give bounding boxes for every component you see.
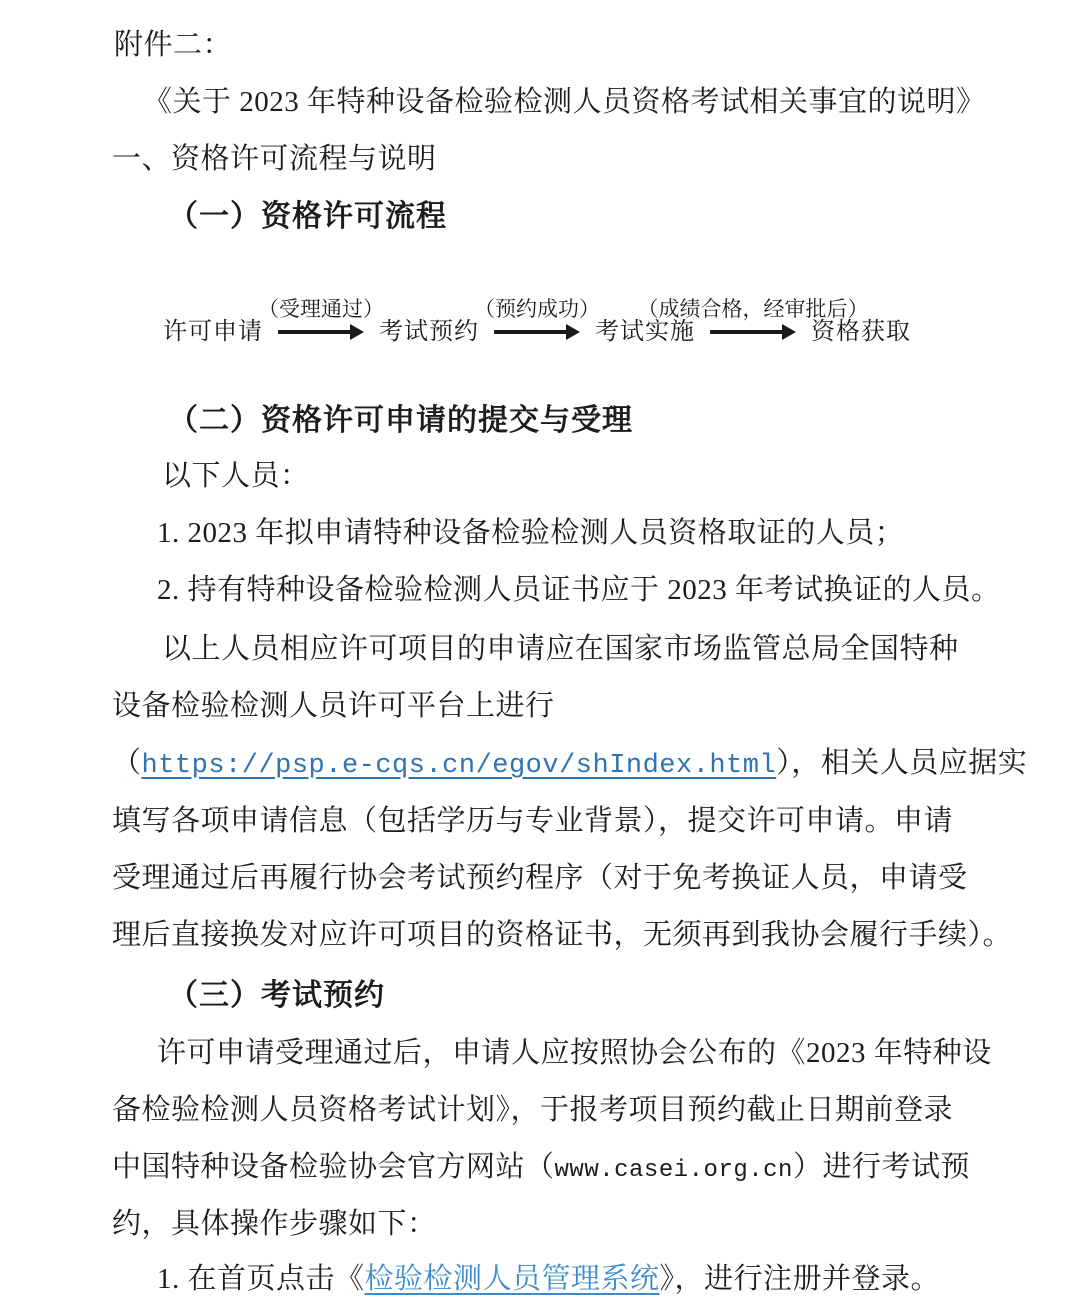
qualification-flow-diagram: 许可申请 （受理通过） 考试预约 （预约成功） 考试实施 （成绩合格，经审批后）…	[163, 320, 911, 344]
flow-arrow-2-label: （预约成功）	[474, 293, 600, 323]
paragraph-line: 约，具体操作步骤如下：	[112, 1209, 437, 1241]
document-page: 附件二： 《关于 2023 年特种设备检验检测人员资格考试相关事宜的说明》 一、…	[0, 0, 1080, 1306]
paragraph-line: 填写各项申请信息（包括学历与专业背景），提交许可申请。申请	[112, 806, 953, 838]
step-1-line: 1. 在首页点击《检验检测人员管理系统》，进行注册并登录。	[157, 1264, 940, 1296]
step-1-prefix: 1. 在首页点击《	[157, 1263, 365, 1295]
flow-node-license-application: 许可申请	[163, 320, 263, 344]
website-address: www.casei.org.cn	[555, 1157, 793, 1184]
psp-platform-link[interactable]: https://psp.e-cqs.cn/egov/shIndex.html	[142, 751, 777, 781]
section-2-intro: 以下人员：	[162, 461, 310, 493]
paragraph-line: 以上人员相应许可项目的申请应在国家市场监管总局全国特种	[162, 634, 959, 666]
list-item-1: 1. 2023 年拟申请特种设备检验检测人员资格取证的人员；	[157, 518, 904, 550]
flow-arrow-1: （受理通过）	[278, 323, 364, 341]
website-suffix: ）进行考试预	[793, 1151, 970, 1183]
flow-arrow-3: （成绩合格，经审批后）	[710, 323, 796, 341]
flow-arrow-3-label: （成绩合格，经审批后）	[638, 293, 869, 323]
flow-node-exam-booking: 考试预约	[379, 320, 479, 344]
flow-node-exam-implementation: 考试实施	[595, 320, 695, 344]
subsection-heading-3: （三）考试预约	[168, 979, 385, 1012]
paragraph-line-with-website: 中国特种设备检验协会官方网站（www.casei.org.cn）进行考试预	[112, 1152, 970, 1184]
paragraph-line: 理后直接换发对应许可项目的资格证书，无须再到我协会履行手续）。	[112, 920, 1012, 952]
arrow-head-icon	[350, 324, 364, 340]
paragraph-line: 许可申请受理通过后，申请人应按照协会公布的《2023 年特种设	[157, 1038, 992, 1070]
arrow-line-icon	[494, 330, 566, 334]
document-title: 《关于 2023 年特种设备检验检测人员资格考试相关事宜的说明》	[143, 87, 986, 119]
paragraph-line: 受理通过后再履行协会考试预约程序（对于免考换证人员，申请受	[112, 863, 968, 895]
paragraph-line: 备检验检测人员资格考试计划》，于报考项目预约截止日期前登录	[112, 1095, 953, 1127]
arrow-line-icon	[710, 330, 782, 334]
flow-arrow-2: （预约成功）	[494, 323, 580, 341]
website-prefix: 中国特种设备检验协会官方网站（	[112, 1151, 555, 1183]
management-system-link[interactable]: 检验检测人员管理系统	[365, 1263, 660, 1295]
flow-arrow-1-label: （受理通过）	[258, 293, 384, 323]
flow-node-qualification-obtained: 资格获取	[811, 320, 911, 344]
paragraph-line-with-link: （https://psp.e-cqs.cn/egov/shIndex.html）…	[112, 748, 1027, 782]
link-suffix: ），相关人员应据实	[776, 747, 1027, 779]
link-prefix: （	[112, 747, 142, 779]
subsection-heading-2: （二）资格许可申请的提交与受理	[168, 404, 633, 437]
arrow-line-icon	[278, 330, 350, 334]
arrow-head-icon	[566, 324, 580, 340]
step-1-suffix: 》，进行注册并登录。	[660, 1263, 941, 1295]
paragraph-line: 设备检验检测人员许可平台上进行	[112, 691, 555, 723]
attachment-label: 附件二：	[114, 30, 232, 62]
arrow-head-icon	[782, 324, 796, 340]
section-1-title: 一、资格许可流程与说明	[112, 144, 437, 176]
list-item-2: 2. 持有特种设备检验检测人员证书应于 2023 年考试换证的人员。	[157, 575, 1001, 607]
subsection-heading-1: （一）资格许可流程	[168, 200, 447, 233]
